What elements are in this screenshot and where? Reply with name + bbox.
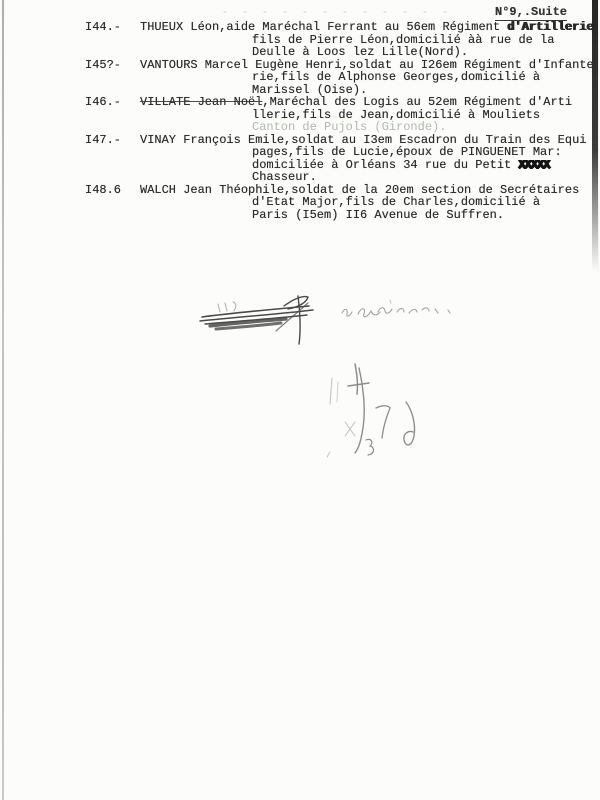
- text-segment: Paris (I5em) II6 Avenue de Suffren.: [252, 208, 504, 222]
- entry-lines: VILLATE Jean Noël,Maréchal des Logis au …: [140, 96, 600, 134]
- text-segment: VILLATE Jean Noël: [140, 95, 262, 109]
- entry: I47.-VINAY François Emile,soldat au I3em…: [85, 134, 600, 184]
- entry-lines: THUEUX Léon,aide Maréchal Ferrant au 56e…: [140, 21, 600, 59]
- text-segment: XXXXX: [518, 158, 549, 172]
- scan-left-edge-line: [2, 0, 4, 800]
- typed-dash-trail: - - - - - - - - - - - -: [222, 8, 497, 19]
- entry: I46.-VILLATE Jean Noël,Maréchal des Logi…: [85, 96, 600, 134]
- entry-number: I44.-: [85, 21, 132, 34]
- page-header-number: N°9,.Suite: [495, 5, 567, 21]
- entry-lines: WALCH Jean Théophile,soldat de la 20em s…: [140, 184, 600, 222]
- handwritten-pencil-figures: [327, 364, 415, 457]
- entries-list: I44.-THUEUX Léon,aide Maréchal Ferrant a…: [85, 21, 600, 221]
- handwritten-cursive-note: [342, 300, 450, 317]
- entry-line: domiciliée à Orléans 34 rue du Petit XXX…: [140, 159, 600, 172]
- scanned-document-page: - - - - - - - - - - - - N°9,.Suite I44.-…: [0, 0, 600, 800]
- entry-lines: VINAY François Emile,soldat au I3em Esca…: [140, 134, 600, 184]
- handwritten-scribble-crossed-out: [200, 296, 313, 344]
- handwritten-annotations: [180, 290, 470, 475]
- entry: I48.6WALCH Jean Théophile,soldat de la 2…: [85, 184, 600, 222]
- entry-line: Paris (I5em) II6 Avenue de Suffren.: [140, 209, 600, 222]
- entry-lines: VANTOURS Marcel Eugène Henri,soldat au I…: [140, 59, 600, 97]
- entry: I45?-VANTOURS Marcel Eugène Henri,soldat…: [85, 59, 600, 97]
- entry-line: rie,fils de Alphonse Georges,domicilié à: [140, 71, 600, 84]
- text-segment: Canton de Pujols (Gironde).: [252, 120, 446, 134]
- entry: I44.-THUEUX Léon,aide Maréchal Ferrant a…: [85, 21, 600, 59]
- entry-number: I46.-: [85, 96, 132, 109]
- entry-number: I48.6: [85, 184, 132, 197]
- entry-number: I47.-: [85, 134, 132, 147]
- entry-number: I45?-: [85, 59, 132, 72]
